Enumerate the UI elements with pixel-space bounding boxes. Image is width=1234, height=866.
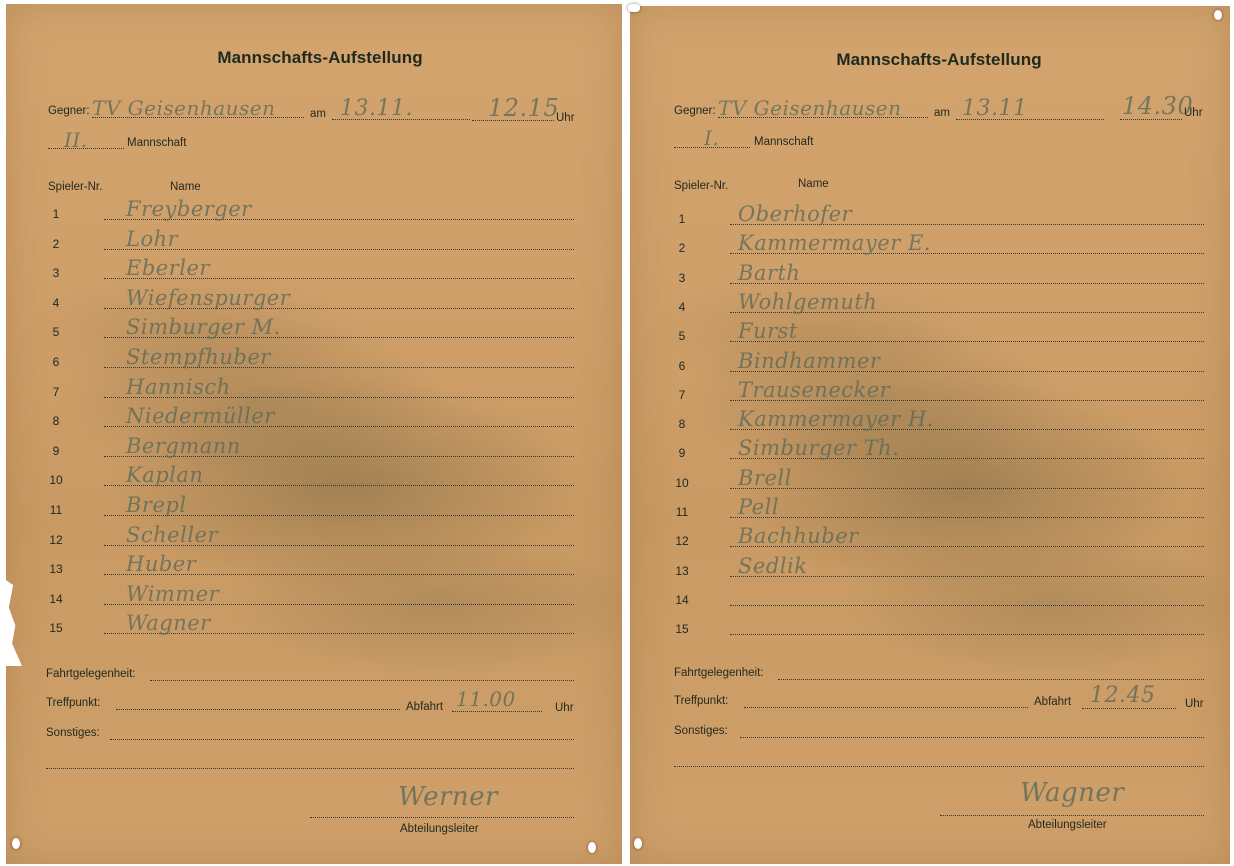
- signature-line: [940, 815, 1204, 816]
- player-number: 5: [44, 325, 68, 339]
- player-number: 11: [670, 505, 694, 519]
- transport-line: [150, 680, 574, 681]
- opponent-label: Gegner:: [48, 105, 90, 117]
- team-value: I.: [704, 126, 719, 150]
- player-name: Wagner: [126, 611, 211, 635]
- departure-unit-label: Uhr: [555, 702, 574, 714]
- player-number: 13: [44, 562, 68, 576]
- player-number: 6: [670, 359, 694, 373]
- player-name: Scheller: [126, 523, 218, 547]
- notes-label: Sonstiges:: [674, 725, 728, 737]
- player-name: Lohr: [126, 227, 178, 251]
- player-name: Trausenecker: [738, 378, 890, 402]
- name-line: [730, 283, 1204, 284]
- player-number: 8: [670, 417, 694, 431]
- player-name: Kammermayer E.: [738, 231, 931, 255]
- torn-edge: [0, 576, 22, 666]
- player-number: 9: [44, 444, 68, 458]
- signature-value: Werner: [398, 782, 498, 812]
- notes-line-2: [674, 766, 1204, 767]
- player-name: Wiefenspurger: [126, 286, 290, 310]
- player-number: 13: [670, 564, 694, 578]
- departure-label: Abfahrt: [406, 701, 443, 713]
- player-name: Sedlik: [738, 554, 807, 578]
- column-header-player-number: Spieler-Nr.: [674, 180, 728, 192]
- lineup-form-second-team: Mannschafts-Aufstellung Gegner: TV Geise…: [6, 4, 622, 864]
- player-name: Simburger Th.: [738, 436, 899, 460]
- departure-value: 12.45: [1090, 683, 1155, 708]
- meeting-point-line: [744, 707, 1028, 708]
- player-name: Bindhammer: [738, 349, 880, 373]
- player-number: 14: [44, 592, 68, 606]
- player-number: 15: [44, 621, 68, 635]
- player-number: 7: [670, 388, 694, 402]
- time-value: 12.15: [488, 94, 559, 122]
- player-number: 8: [44, 414, 68, 428]
- form-title: Mannschafts-Aufstellung: [18, 48, 622, 68]
- punch-hole: [1214, 10, 1222, 20]
- column-header-name: Name: [798, 178, 829, 190]
- column-header-name: Name: [170, 181, 201, 193]
- date-value: 13.11: [962, 96, 1027, 121]
- player-name: Huber: [126, 552, 196, 576]
- player-number: 1: [44, 207, 68, 221]
- player-number: 11: [44, 503, 68, 517]
- player-number: 12: [670, 534, 694, 548]
- player-number: 1: [670, 212, 694, 226]
- lineup-form-first-team: Mannschafts-Aufstellung Gegner: TV Geise…: [630, 6, 1230, 864]
- player-name: Pell: [738, 495, 779, 519]
- player-number: 6: [44, 355, 68, 369]
- notes-label: Sonstiges:: [46, 727, 100, 739]
- departure-label: Abfahrt: [1034, 696, 1071, 708]
- time-value: 14.30: [1122, 92, 1193, 120]
- player-number: 4: [44, 296, 68, 310]
- signature-label: Abteilungsleiter: [1028, 819, 1107, 831]
- meeting-point-line: [116, 709, 400, 710]
- player-number: 2: [670, 241, 694, 255]
- player-name: Kammermayer H.: [738, 407, 934, 431]
- date-label: am: [310, 108, 326, 120]
- notes-line-2: [46, 768, 574, 769]
- time-unit-label: Uhr: [1184, 107, 1203, 119]
- team-label: Mannschaft: [127, 137, 186, 149]
- name-line: [730, 634, 1204, 635]
- transport-label: Fahrtgelegenheit:: [674, 667, 764, 679]
- player-name: Stempfhuber: [126, 345, 271, 369]
- player-name: Niedermüller: [126, 404, 275, 428]
- player-name: Bachhuber: [738, 524, 859, 548]
- torn-corner: [628, 4, 640, 12]
- player-name: Furst: [738, 319, 798, 343]
- opponent-value: TV Geisenhausen: [718, 96, 902, 120]
- player-name: Eberler: [126, 256, 210, 280]
- player-name: Hannisch: [126, 375, 231, 399]
- signature-value: Wagner: [1020, 778, 1124, 808]
- team-value: II.: [64, 128, 88, 152]
- player-number: 12: [44, 533, 68, 547]
- player-name: Freyberger: [126, 197, 252, 221]
- meeting-point-label: Treffpunkt:: [46, 697, 100, 709]
- form-title: Mannschafts-Aufstellung: [648, 50, 1230, 70]
- date-value: 13.11.: [340, 96, 413, 121]
- opponent-label: Gegner:: [674, 105, 716, 117]
- departure-unit-label: Uhr: [1185, 698, 1204, 710]
- player-number: 3: [44, 266, 68, 280]
- signature-line: [310, 817, 574, 818]
- player-number: 15: [670, 622, 694, 636]
- player-name: Kaplan: [126, 463, 203, 487]
- player-number: 2: [44, 237, 68, 251]
- name-line: [730, 488, 1204, 489]
- departure-line: [452, 711, 542, 712]
- name-line: [730, 605, 1204, 606]
- player-number: 3: [670, 271, 694, 285]
- name-line: [730, 517, 1204, 518]
- punch-hole: [12, 838, 20, 849]
- player-number: 14: [670, 593, 694, 607]
- signature-label: Abteilungsleiter: [400, 823, 479, 835]
- date-label: am: [934, 107, 950, 119]
- player-name: Brell: [738, 466, 792, 490]
- team-label: Mannschaft: [754, 136, 813, 148]
- time-unit-label: Uhr: [556, 112, 575, 124]
- column-header-player-number: Spieler-Nr.: [48, 181, 102, 193]
- player-name: Brepl: [126, 493, 187, 517]
- player-name: Barth: [738, 261, 800, 285]
- player-name: Oberhofer: [738, 202, 852, 226]
- punch-hole: [588, 842, 596, 853]
- departure-value: 11.00: [456, 687, 516, 711]
- departure-line: [1082, 708, 1176, 709]
- opponent-value: TV Geisenhausen: [92, 96, 276, 120]
- player-number: 4: [670, 300, 694, 314]
- meeting-point-label: Treffpunkt:: [674, 695, 728, 707]
- notes-line-1: [110, 739, 574, 740]
- notes-line-1: [740, 737, 1204, 738]
- player-number: 9: [670, 446, 694, 460]
- player-number: 7: [44, 385, 68, 399]
- player-number: 10: [670, 476, 694, 490]
- player-name: Bergmann: [126, 434, 241, 458]
- transport-line: [778, 679, 1204, 680]
- transport-label: Fahrtgelegenheit:: [46, 668, 136, 680]
- player-number: 5: [670, 329, 694, 343]
- player-name: Wimmer: [126, 582, 219, 606]
- player-name: Wohlgemuth: [738, 290, 877, 314]
- player-name: Simburger M.: [126, 315, 281, 339]
- punch-hole: [634, 838, 642, 849]
- player-number: 10: [44, 473, 68, 487]
- name-line: [730, 341, 1204, 342]
